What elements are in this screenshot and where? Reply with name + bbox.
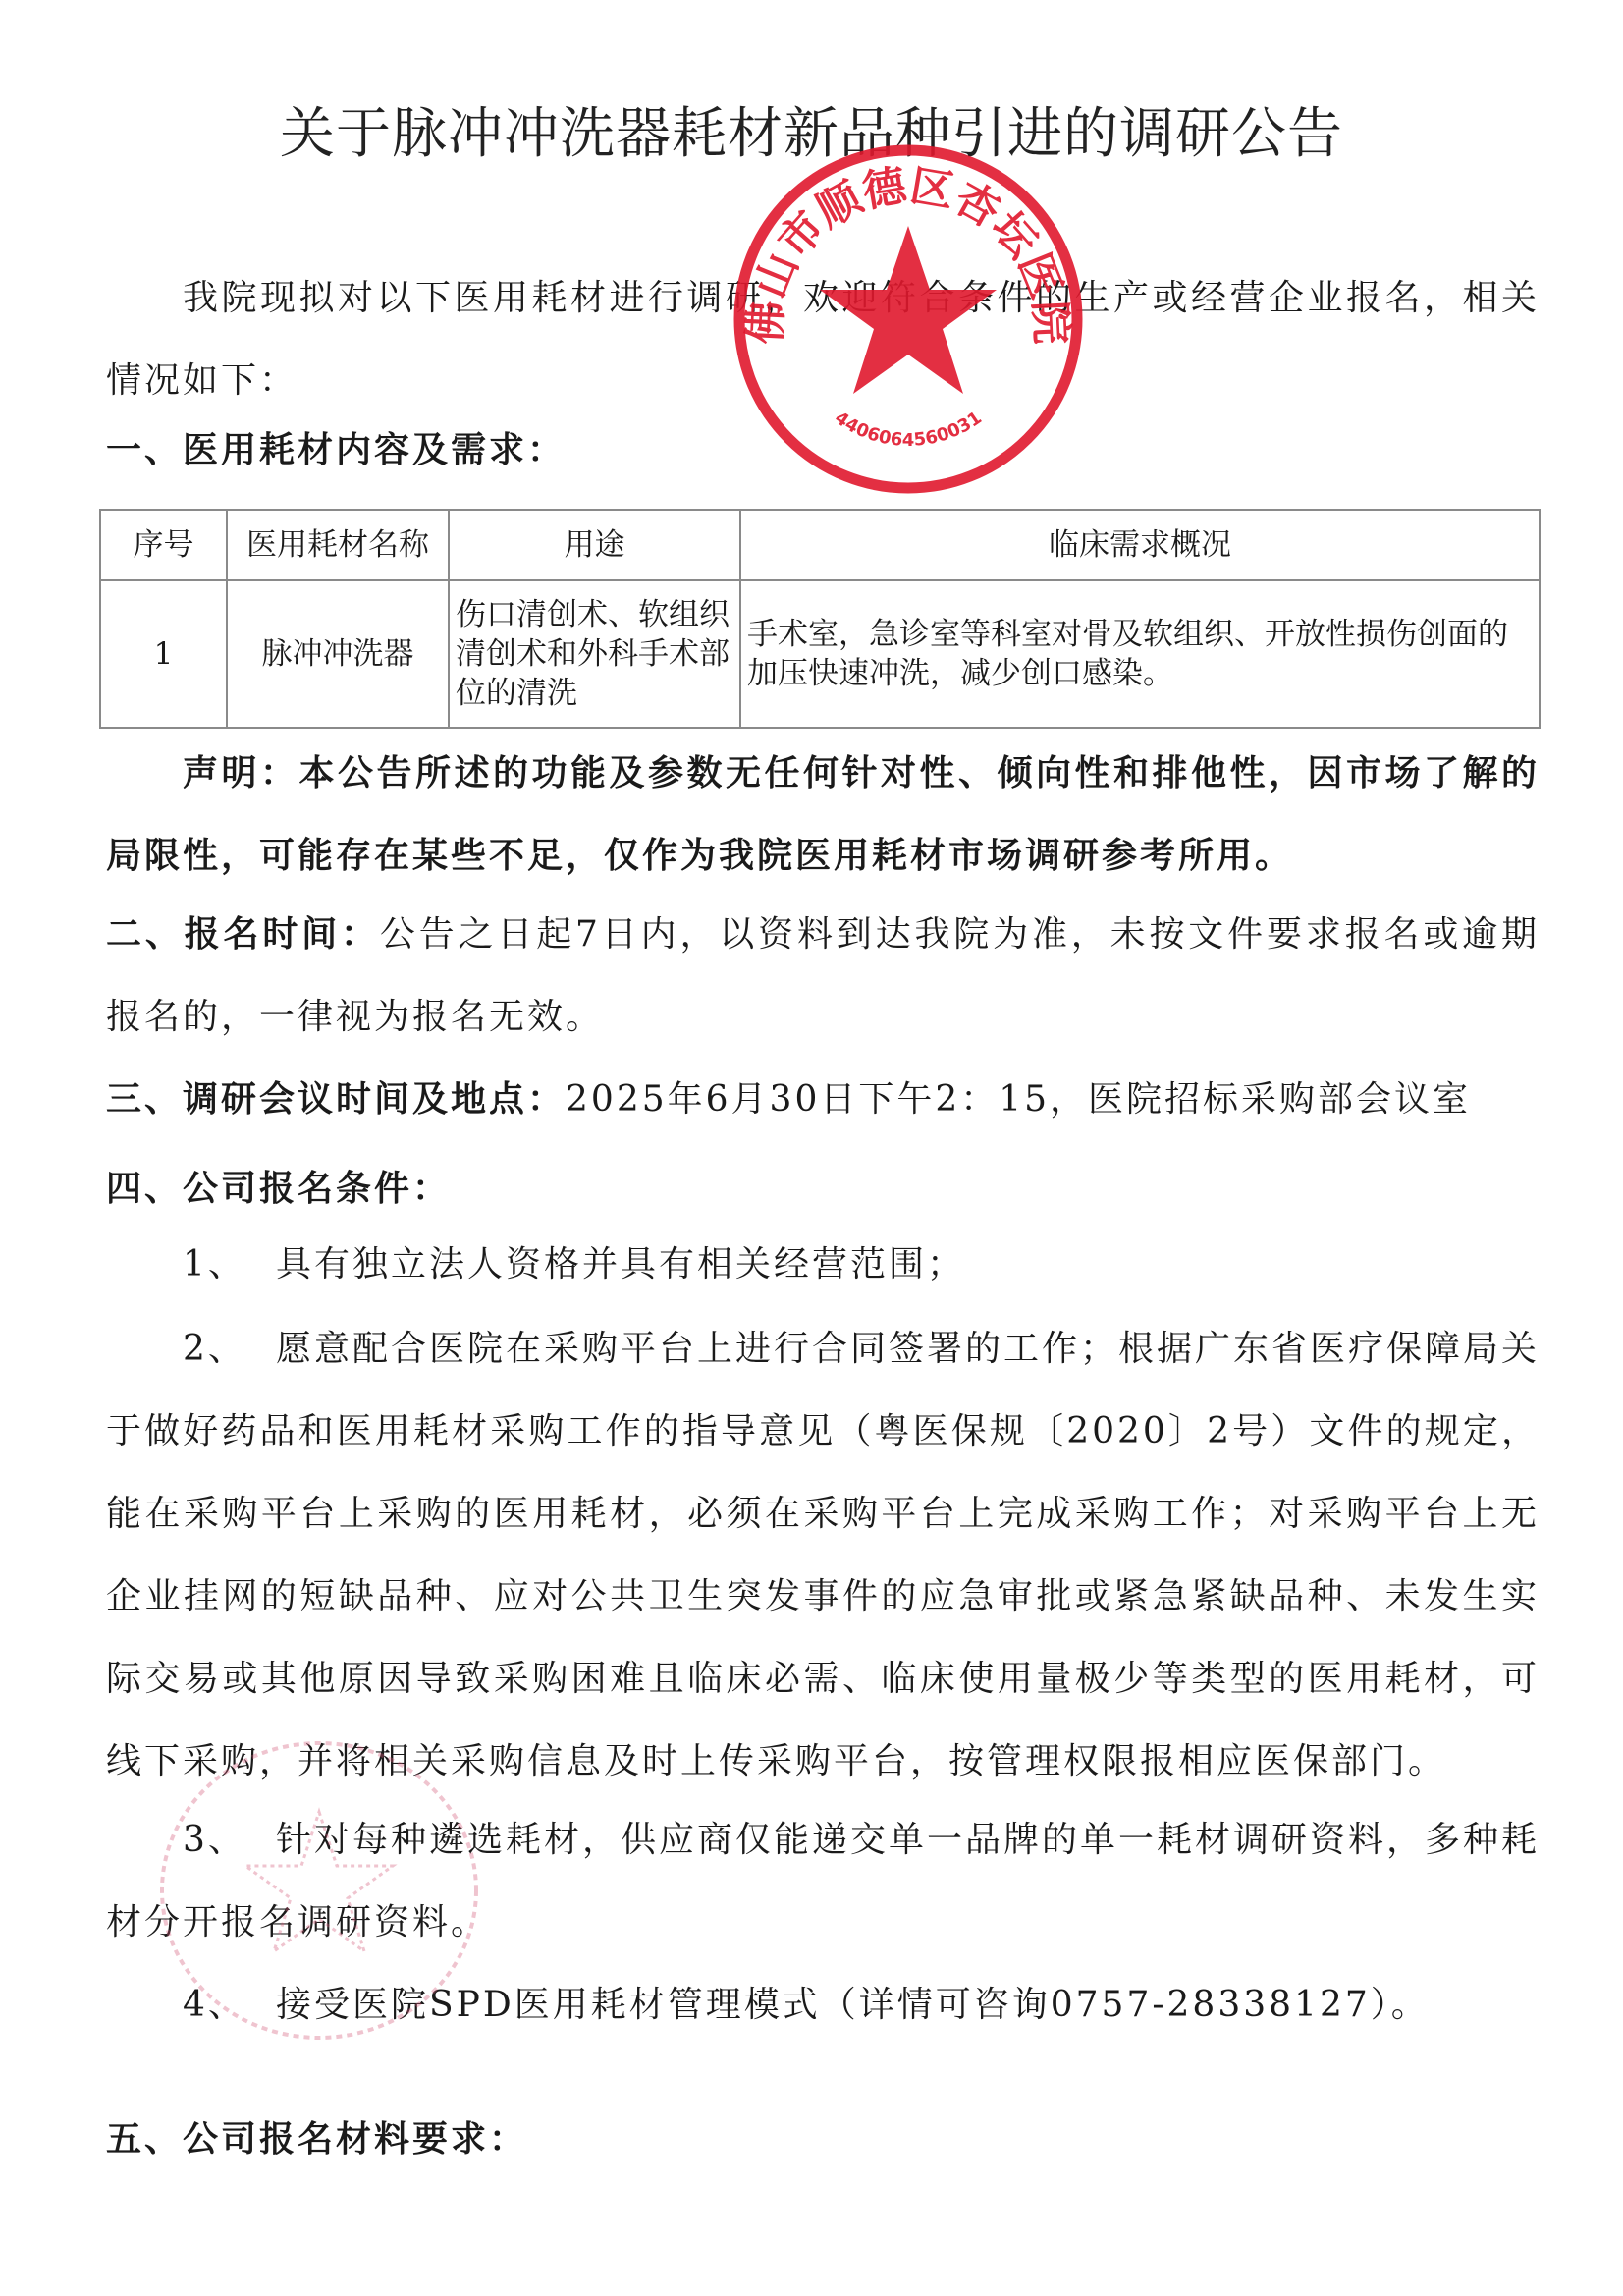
section2-paragraph: 二、报名时间：公告之日起7日内，以资料到达我院为准，未按文件要求报名或逾期报名的… bbox=[106, 894, 1540, 1059]
condition-item-1: 1、具有独立法人资格并具有相关经营范围； bbox=[106, 1224, 1540, 1306]
item-text: 愿意配合医院在采购平台上进行合同签署的工作；根据广东省医疗保障局关于做好药品和医… bbox=[106, 1329, 1540, 1781]
item-number: 3、 bbox=[106, 1799, 276, 1882]
header-usage: 用途 bbox=[449, 510, 740, 580]
cell-usage: 伤口清创术、软组织清创术和外科手术部位的清洗 bbox=[449, 580, 740, 728]
section4-heading: 四、公司报名条件： bbox=[106, 1161, 451, 1211]
header-clinical-need: 临床需求概况 bbox=[740, 510, 1540, 580]
item-text: 针对每种遴选耗材，供应商仅能递交单一品牌的单一耗材调研资料，多种耗材分开报名调研… bbox=[106, 1820, 1540, 1942]
condition-item-2: 2、愿意配合医院在采购平台上进行合同签署的工作；根据广东省医疗保障局关于做好药品… bbox=[106, 1308, 1540, 1803]
cell-index: 1 bbox=[100, 580, 227, 728]
item-text: 接受医院SPD医用耗材管理模式（详情可咨询0757-28338127）。 bbox=[276, 1985, 1430, 2025]
section3-paragraph: 三、调研会议时间及地点：2025年6月30日下午2：15，医院招标采购部会议室 bbox=[106, 1059, 1540, 1141]
header-index: 序号 bbox=[100, 510, 227, 580]
section1-heading: 一、医用耗材内容及需求： bbox=[106, 422, 566, 472]
item-number: 4、 bbox=[106, 1964, 276, 2047]
section3-heading: 三、调研会议时间及地点： bbox=[106, 1079, 566, 1120]
condition-item-3: 3、针对每种遴选耗材，供应商仅能递交单一品牌的单一耗材调研资料，多种耗材分开报名… bbox=[106, 1799, 1540, 1964]
consumables-table: 序号 医用耗材名称 用途 临床需求概况 1 脉冲冲洗器 伤口清创术、软组织清创术… bbox=[99, 509, 1541, 729]
section2-heading: 二、报名时间： bbox=[106, 914, 380, 955]
statement-paragraph: 声明：本公告所述的功能及参数无任何针对性、倾向性和排他性，因市场了解的局限性，可… bbox=[106, 733, 1540, 898]
item-number: 2、 bbox=[106, 1308, 276, 1391]
table-row: 1 脉冲冲洗器 伤口清创术、软组织清创术和外科手术部位的清洗 手术室，急诊室等科… bbox=[100, 580, 1540, 728]
condition-item-4: 4、接受医院SPD医用耗材管理模式（详情可咨询0757-28338127）。 bbox=[106, 1964, 1540, 2047]
document-title: 关于脉冲冲洗器耗材新品种引进的调研公告 bbox=[0, 90, 1623, 169]
cell-name: 脉冲冲洗器 bbox=[227, 580, 449, 728]
document-page: 关于脉冲冲洗器耗材新品种引进的调研公告 我院现拟对以下医用耗材进行调研，欢迎符合… bbox=[0, 0, 1623, 2296]
header-name: 医用耗材名称 bbox=[227, 510, 449, 580]
table-header-row: 序号 医用耗材名称 用途 临床需求概况 bbox=[100, 510, 1540, 580]
item-text: 具有独立法人资格并具有相关经营范围； bbox=[276, 1244, 965, 1285]
section3-text: 2025年6月30日下午2：15，医院招标采购部会议室 bbox=[566, 1079, 1471, 1120]
section5-heading: 五、公司报名材料要求： bbox=[106, 2111, 527, 2161]
intro-paragraph: 我院现拟对以下医用耗材进行调研，欢迎符合条件的生产或经营企业报名，相关情况如下： bbox=[106, 257, 1540, 422]
item-number: 1、 bbox=[106, 1224, 276, 1306]
cell-clinical-need: 手术室，急诊室等科室对骨及软组织、开放性损伤创面的加压快速冲洗，减少创口感染。 bbox=[740, 580, 1540, 728]
